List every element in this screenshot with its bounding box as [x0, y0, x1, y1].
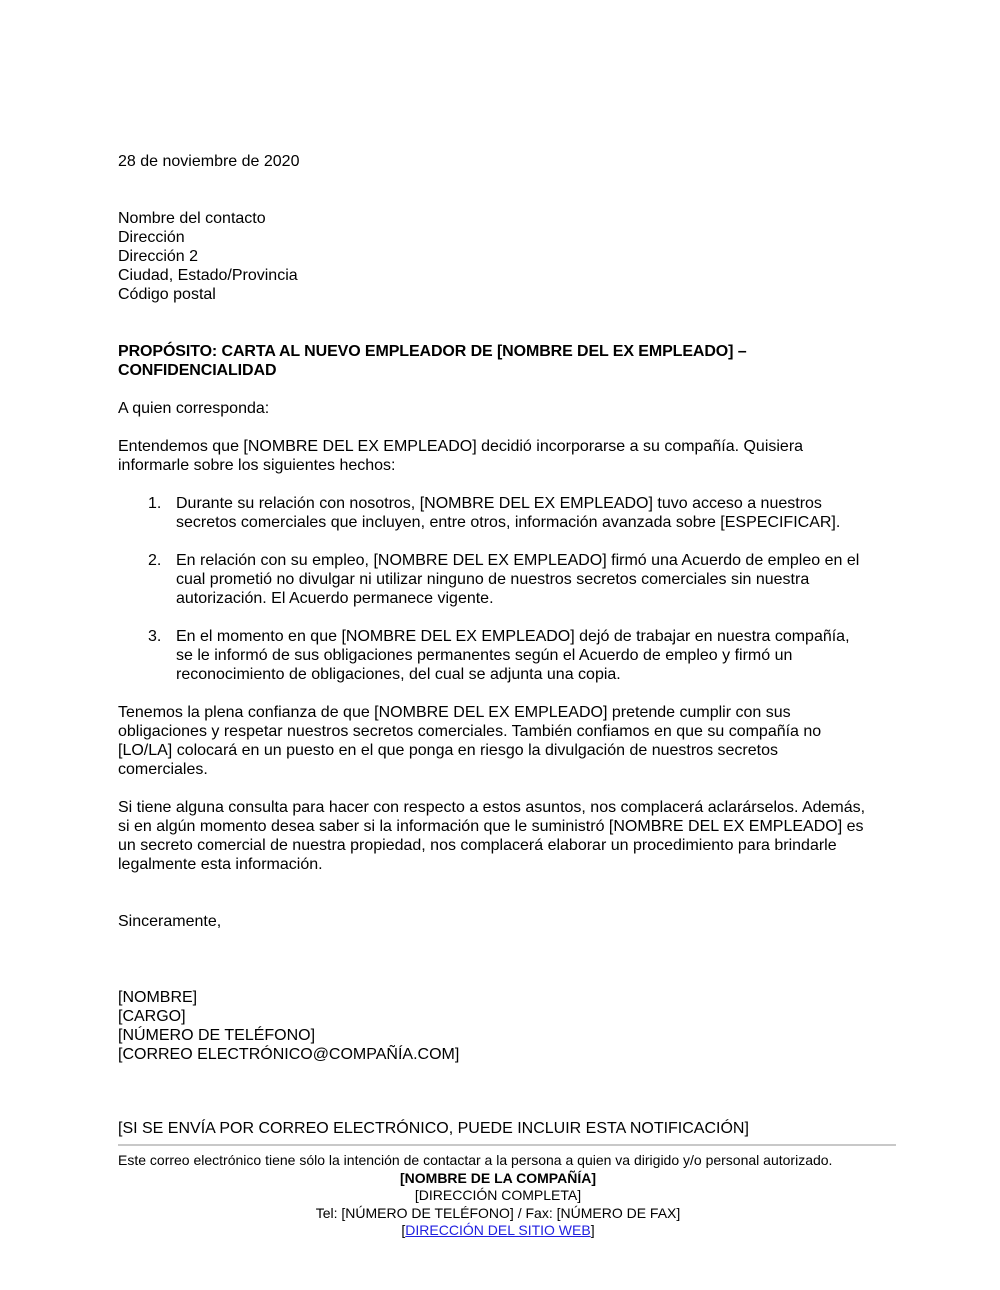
signature-phone: [NÚMERO DE TELÉFONO]: [118, 1026, 888, 1045]
website-link[interactable]: DIRECCIÓN DEL SITIO WEB: [405, 1222, 590, 1238]
signature-block: [NOMBRE] [CARGO] [NÚMERO DE TELÉFONO] [C…: [118, 988, 888, 1064]
footer-full-address: [DIRECCIÓN COMPLETA]: [118, 1187, 878, 1205]
footer-contact: Tel: [NÚMERO DE TELÉFONO] / Fax: [NÚMERO…: [118, 1205, 878, 1223]
intro-paragraph: Entendemos que [NOMBRE DEL EX EMPLEADO] …: [118, 437, 888, 475]
letter-page: 28 de noviembre de 2020 Nombre del conta…: [118, 152, 888, 1240]
recipient-address-line-1: Dirección: [118, 228, 888, 247]
questions-line: si en algún momento desea saber si la in…: [118, 817, 888, 836]
questions-paragraph: Si tiene alguna consulta para hacer con …: [118, 798, 888, 874]
subject-line-2: CONFIDENCIALIDAD: [118, 361, 888, 380]
salutation: A quien corresponda:: [118, 399, 888, 418]
footer-divider: [118, 1144, 896, 1146]
fact-line: secretos comerciales que incluyen, entre…: [176, 513, 888, 532]
confidence-line: [LO/LA] colocará en un puesto en el que …: [118, 741, 888, 760]
fact-line: Durante su relación con nosotros, [NOMBR…: [176, 494, 888, 513]
fact-line: autorización. El Acuerdo permanece vigen…: [176, 589, 888, 608]
fact-number: 1.: [148, 494, 161, 513]
signature-title: [CARGO]: [118, 1007, 888, 1026]
questions-line: Si tiene alguna consulta para hacer con …: [118, 798, 888, 817]
website-bracket-close: ]: [591, 1222, 595, 1238]
intro-line: informarle sobre los siguientes hechos:: [118, 456, 888, 475]
email-footer: Este correo electrónico tiene sólo la in…: [118, 1152, 888, 1240]
subject-line-1: PROPÓSITO: CARTA AL NUEVO EMPLEADOR DE […: [118, 342, 888, 361]
fact-item: 2. En relación con su empleo, [NOMBRE DE…: [118, 551, 888, 608]
intro-line: Entendemos que [NOMBRE DEL EX EMPLEADO] …: [118, 437, 888, 456]
fact-line: reconocimiento de obligaciones, del cual…: [176, 665, 888, 684]
recipient-city-state: Ciudad, Estado/Provincia: [118, 266, 888, 285]
signature-email: [CORREO ELECTRÓNICO@COMPAÑÍA.COM]: [118, 1045, 888, 1064]
confidence-line: obligaciones y respetar nuestros secreto…: [118, 722, 888, 741]
confidence-line: comerciales.: [118, 760, 888, 779]
letter-subject: PROPÓSITO: CARTA AL NUEVO EMPLEADOR DE […: [118, 342, 888, 380]
fact-line: se le informó de sus obligaciones perman…: [176, 646, 888, 665]
fact-line: En relación con su empleo, [NOMBRE DEL E…: [176, 551, 888, 570]
fact-item: 1. Durante su relación con nosotros, [NO…: [118, 494, 888, 532]
email-notice-label: [SI SE ENVÍA POR CORREO ELECTRÓNICO, PUE…: [118, 1119, 888, 1138]
recipient-name: Nombre del contacto: [118, 209, 888, 228]
signature-name: [NOMBRE]: [118, 988, 888, 1007]
footer-website: [DIRECCIÓN DEL SITIO WEB]: [118, 1222, 878, 1240]
fact-item: 3. En el momento en que [NOMBRE DEL EX E…: [118, 627, 888, 684]
fact-line: cual prometió no divulgar ni utilizar ni…: [176, 570, 888, 589]
fact-number: 2.: [148, 551, 161, 570]
recipient-address-line-2: Dirección 2: [118, 247, 888, 266]
facts-list: 1. Durante su relación con nosotros, [NO…: [118, 494, 888, 684]
confidence-paragraph: Tenemos la plena confianza de que [NOMBR…: [118, 703, 888, 779]
footer-disclaimer: Este correo electrónico tiene sólo la in…: [118, 1152, 888, 1170]
fact-line: En el momento en que [NOMBRE DEL EX EMPL…: [176, 627, 888, 646]
questions-line: un secreto comercial de nuestra propieda…: [118, 836, 888, 855]
letter-date: 28 de noviembre de 2020: [118, 152, 888, 171]
recipient-postal-code: Código postal: [118, 285, 888, 304]
closing: Sinceramente,: [118, 912, 888, 931]
fact-number: 3.: [148, 627, 161, 646]
questions-line: legalmente esta información.: [118, 855, 888, 874]
footer-company-name: [NOMBRE DE LA COMPAÑÍA]: [118, 1170, 878, 1188]
recipient-address: Nombre del contacto Dirección Dirección …: [118, 209, 888, 304]
confidence-line: Tenemos la plena confianza de que [NOMBR…: [118, 703, 888, 722]
